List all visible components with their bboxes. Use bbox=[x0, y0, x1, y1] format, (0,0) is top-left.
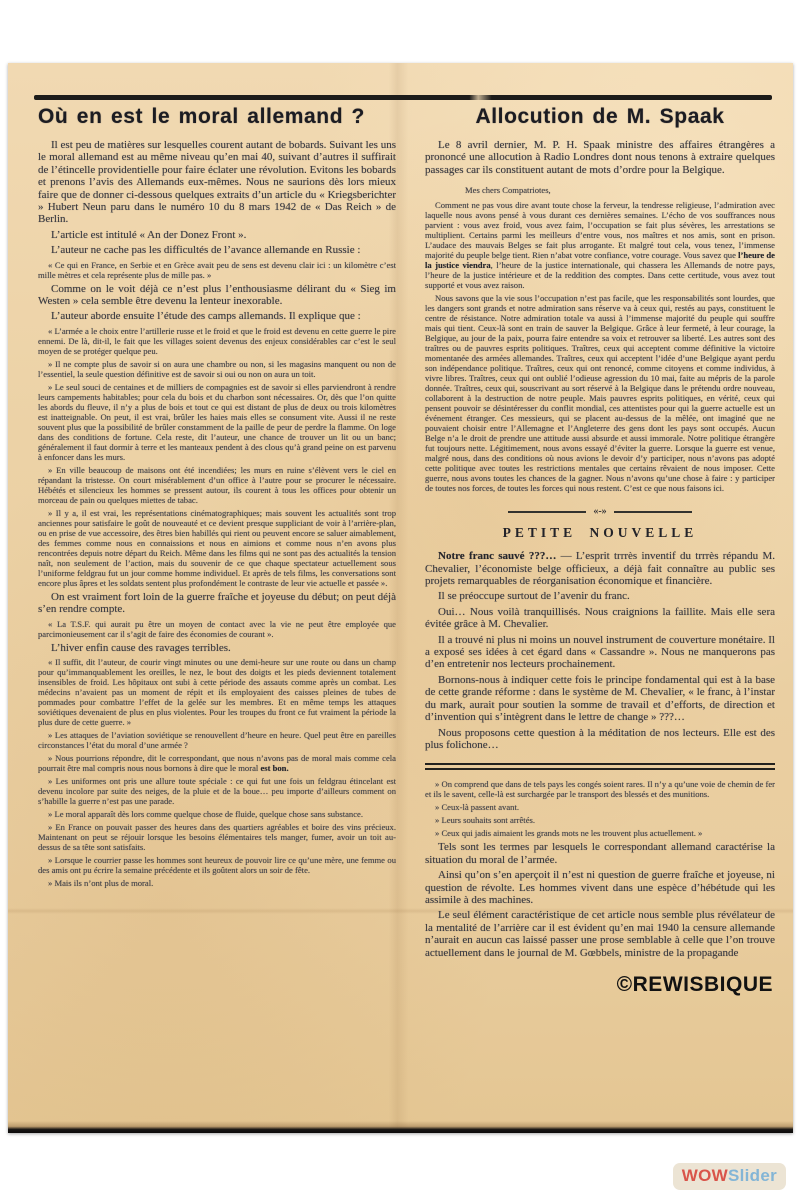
quote-paragraph: » Le moral apparaît dès lors comme quelq… bbox=[38, 809, 396, 819]
petite-nouvelle-body: Notre franc sauvé ???… — L’esprit trrrès… bbox=[425, 550, 775, 751]
continuation-quotes: » On comprend que dans de tels pays les … bbox=[425, 779, 775, 838]
quote-paragraph: » En ville beaucoup de maisons ont été i… bbox=[38, 465, 396, 505]
copyright-stamp: ©REWISBIQUE bbox=[425, 973, 775, 997]
quote-paragraph: » Le seul souci de centaines et de milli… bbox=[38, 382, 396, 462]
paragraph: Tels sont les termes par lesquels le cor… bbox=[425, 841, 775, 866]
quote-paragraph: Nous savons que la vie sous l’occupation… bbox=[425, 293, 775, 493]
quote-paragraph: « La T.S.F. qui aurait pu être un moyen … bbox=[38, 619, 396, 639]
paragraph: On est vraiment fort loin de la guerre f… bbox=[38, 591, 396, 616]
paragraph: Le seul élément caractéristique de cet a… bbox=[425, 909, 775, 959]
section-divider-ornament: «-» bbox=[425, 506, 775, 517]
quote-paragraph: » Ceux qui jadis aimaient les grands mot… bbox=[425, 828, 775, 838]
right-column: Allocution de M. Spaak Le 8 avril dernie… bbox=[425, 105, 775, 1120]
text-run: Comment ne pas vous dire avant toute cho… bbox=[425, 200, 775, 260]
closing-paragraphs: Tels sont les termes par lesquels le cor… bbox=[425, 841, 775, 959]
ornament-line-left bbox=[508, 511, 586, 513]
scanned-page-canvas: Où en est le moral allemand ? Il est peu… bbox=[0, 0, 800, 1200]
quote-paragraph: » Il y a, il est vrai, les représentatio… bbox=[38, 508, 396, 588]
paragraph: Notre franc sauvé ???… — L’esprit trrrès… bbox=[425, 550, 775, 587]
paragraph: Il se préoccupe surtout de l’avenir du f… bbox=[425, 590, 775, 602]
quote-paragraph: » Les uniformes ont pris une allure tout… bbox=[38, 776, 396, 806]
section-rule bbox=[425, 763, 775, 770]
paragraph: L’auteur aborde ensuite l’étude des camp… bbox=[38, 310, 396, 322]
ornament-line-right bbox=[614, 511, 692, 513]
quote-paragraph: » Nous pourrions répondre, dit le corres… bbox=[38, 753, 396, 773]
intro-paragraph: Le 8 avril dernier, M. P. H. Spaak minis… bbox=[425, 139, 775, 176]
quote-paragraph: « Ce qui en France, en Serbie et en Grèc… bbox=[38, 260, 396, 280]
quote-paragraph: » Leurs souhaits sont arrêtés. bbox=[425, 815, 775, 825]
paragraph: Oui… Nous voilà tranquillisés. Nous crai… bbox=[425, 606, 775, 631]
wowslider-watermark[interactable]: WOWSlider bbox=[673, 1163, 786, 1190]
quote-paragraph: » Ceux-là passent avant. bbox=[425, 802, 775, 812]
article-title-moral-allemand: Où en est le moral allemand ? bbox=[38, 105, 396, 129]
article-title-allocution-spaak: Allocution de M. Spaak bbox=[425, 105, 775, 129]
paragraph: Bornons-nous à indiquer cette fois le pr… bbox=[425, 674, 775, 724]
speech-body: Comment ne pas vous dire avant toute cho… bbox=[425, 200, 775, 493]
left-article-body: Il est peu de matières sur lesquelles co… bbox=[38, 139, 396, 888]
quote-paragraph: » Il ne compte plus de savoir si on aura… bbox=[38, 359, 396, 379]
paragraph: L’hiver enfin cause des ravages terrible… bbox=[38, 642, 396, 654]
watermark-slider: Slider bbox=[728, 1166, 777, 1185]
quote-paragraph: » On comprend que dans de tels pays les … bbox=[425, 779, 775, 799]
bold-text: est bon. bbox=[260, 763, 288, 773]
quote-paragraph: » Les attaques de l’aviation soviétique … bbox=[38, 730, 396, 750]
paragraph: Ainsi qu’on s’en aperçoit il n’est ni qu… bbox=[425, 869, 775, 906]
petite-nouvelle-title: PETITE NOUVELLE bbox=[425, 525, 775, 541]
paragraph: L’article est intitulé « An der Donez Fr… bbox=[38, 229, 396, 241]
left-column: Où en est le moral allemand ? Il est peu… bbox=[38, 105, 396, 1120]
quote-paragraph: » Lorsque le courrier passe les hommes s… bbox=[38, 855, 396, 875]
paragraph: Comme on le voit déjà ce n’est plus l’en… bbox=[38, 283, 396, 308]
quote-paragraph: « Il suffit, dit l’auteur, de courir vin… bbox=[38, 657, 396, 727]
watermark-wow: WOW bbox=[682, 1166, 728, 1185]
quote-paragraph: » Mais ils n’ont plus de moral. bbox=[38, 878, 396, 888]
paragraph: Nous proposons cette question à la médit… bbox=[425, 727, 775, 752]
text-run: » Nous pourrions répondre, dit le corres… bbox=[38, 753, 396, 773]
quote-paragraph: » En France on pouvait passer des heures… bbox=[38, 822, 396, 852]
quote-paragraph: « L’armée a le choix entre l’artillerie … bbox=[38, 326, 396, 356]
bold-text: Notre franc sauvé ???… bbox=[438, 550, 556, 562]
paragraph: Il a trouvé ni plus ni moins un nouvel i… bbox=[425, 634, 775, 671]
newspaper-page: Où en est le moral allemand ? Il est peu… bbox=[8, 63, 793, 1133]
masthead-rule bbox=[34, 95, 772, 100]
quote-paragraph: Comment ne pas vous dire avant toute cho… bbox=[425, 200, 775, 290]
paragraph: L’auteur ne cache pas les difficultés de… bbox=[38, 244, 396, 256]
ornament-glyph: «-» bbox=[593, 506, 606, 517]
greeting-line: Mes chers Compatriotes, bbox=[455, 185, 775, 195]
paragraph: Il est peu de matières sur lesquelles co… bbox=[38, 139, 396, 226]
